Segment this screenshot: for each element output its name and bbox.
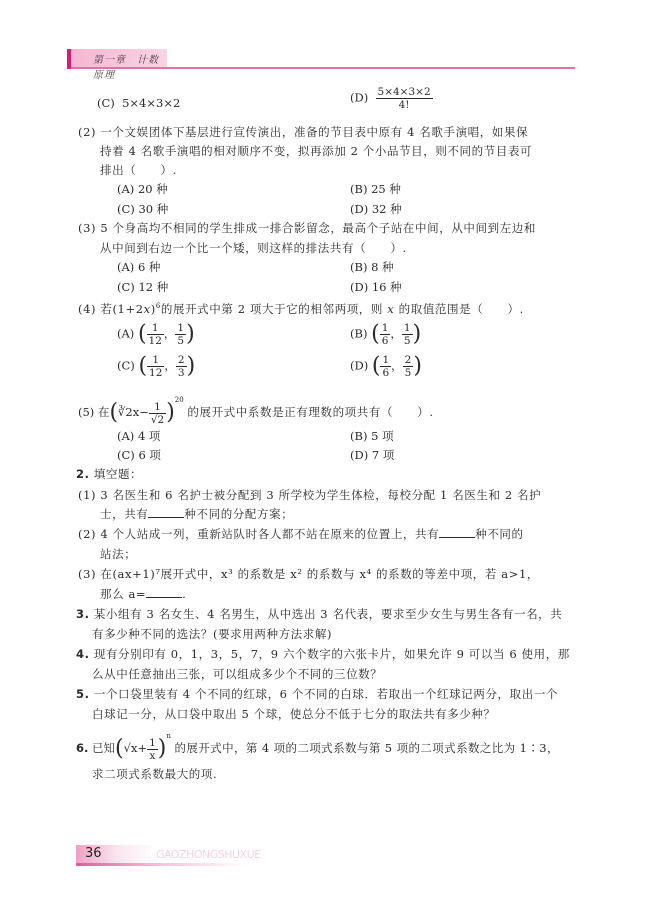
q1-3-line-1: (3) 5 个身高均不相同的学生排成一排合影留念，最高个子站在中间，从中间到左边… (78, 220, 536, 236)
option-label: (C) (117, 448, 135, 462)
question-text: 一个口袋里装有 4 个不同的红球，6 个不同的白球．若取出一个红球记两分，取出一… (94, 687, 558, 701)
page-number: 36 (85, 846, 102, 861)
denominator: 6 (380, 367, 391, 379)
answer-blank[interactable] (146, 586, 182, 598)
q2-1-line-2: 士，共有种不同的分配方案； (100, 506, 293, 522)
q1-4-line-1: (4) 若(1+2x)6的展开式中第 2 项大于它的相邻两项，则 x 的取值范围… (78, 298, 524, 317)
option-label: (D) (350, 359, 368, 373)
option-label: (D) (350, 202, 368, 216)
option-label: (C) (97, 96, 115, 110)
exponent: n (166, 732, 171, 740)
denominator: 6 (380, 335, 391, 347)
section-title: 填空题： (94, 467, 142, 481)
numerator: 1 (147, 354, 164, 367)
text: 的展开式中第 2 项大于它的相邻两项，则 (161, 302, 387, 316)
q2-2-line-2: 站法； (100, 546, 136, 562)
option-text: 20 种 (138, 182, 168, 196)
option-label: (A) (117, 327, 134, 341)
q1-1-option-c: (C) 5×4×3×2 (97, 95, 180, 111)
question-number: 3. (76, 607, 90, 621)
q5-line-1: 5. 一个口袋里装有 4 个不同的红球，6 个不同的白球．若取出一个红球记两分，… (76, 686, 558, 702)
option-text: 30 种 (138, 202, 168, 216)
header-rule (71, 67, 575, 69)
q4-line-1: 4. 现有分别印有 0，1，3，5，7，9 六个数字的六张卡片，如果允许 9 可… (76, 646, 570, 662)
q3-line-1: 3. 某小组有 3 名女生、4 名男生，从中选出 3 名代表，要求至少女生与男生… (76, 606, 562, 622)
numerator: 1 (147, 737, 158, 750)
q4-line-2: 么从中任意抽出三张，可以组成多少个不同的三位数？ (92, 666, 382, 682)
answer-blank[interactable] (439, 526, 475, 538)
option-text: 25 种 (371, 182, 401, 196)
text: 士，共有 (100, 507, 148, 521)
footer-rule (76, 863, 246, 866)
denominator: 12 (147, 335, 164, 347)
text: 已知 (92, 741, 115, 755)
q6-line-2: 求二项式系数最大的项. (92, 766, 217, 782)
numerator: 5×4×3×2 (376, 86, 433, 99)
q1-5-option-c: (C) 6 项 (117, 447, 161, 463)
option-text: 4 项 (138, 429, 160, 443)
chapter-title: 第一章 计数原理 (93, 51, 167, 81)
q5-line-2: 白球记一分，从口袋中取出 5 个球，使总分不低于七分的取法共有多少种？ (92, 706, 496, 722)
text: 种不同的分配方案； (184, 507, 293, 521)
option-text: 7 项 (372, 448, 394, 462)
sub-number: (3) (78, 221, 96, 235)
question-text: 在(ax+1)⁷展开式中，x³ 的系数是 x² 的系数与 x⁴ 的系数的等差中项… (100, 567, 539, 581)
text: 那么 a= (100, 587, 146, 601)
q2-3-line-1: (3) 在(ax+1)⁷展开式中，x³ 的系数是 x² 的系数与 x⁴ 的系数的… (78, 566, 539, 582)
q1-5-option-d: (D) 7 项 (350, 447, 394, 463)
denominator: x (147, 750, 158, 762)
question-text: 一个文娱团体下基层进行宣传演出，准备的节目表中原有 4 名歌手演唱，如果保 (100, 125, 528, 139)
q1-4-option-a: (A) (112，15) (117, 322, 195, 347)
q2-1-line-1: (1) 3 名医生和 6 名护士被分配到 3 所学校为学生体检，每校分配 1 名… (78, 487, 541, 503)
sub-number: (1) (78, 488, 96, 502)
q1-5-option-a: (A) 4 项 (117, 428, 160, 444)
chapter-header: 第一章 计数原理 (67, 49, 575, 69)
numerator: 1 (147, 322, 164, 335)
text: 的展开式中系数是正有理数的项共有（ ）. (187, 405, 433, 419)
answer-blank[interactable] (148, 506, 184, 518)
q6-line-1: 6. 已知(√x+1x)n 的展开式中，第 4 项的二项式系数与第 5 项的二项… (76, 728, 559, 762)
option-label: (D) (350, 91, 368, 105)
option-label: (A) (117, 260, 134, 274)
option-label: (D) (350, 280, 368, 294)
page-number-tab: 36 (76, 845, 156, 863)
denominator: √2 (149, 414, 166, 426)
option-text: 16 种 (372, 280, 402, 294)
option-text: 5 项 (371, 429, 393, 443)
q2-title: 2. 填空题： (76, 466, 142, 482)
option-text: 32 种 (372, 202, 402, 216)
expression: √x+ (124, 741, 147, 755)
q1-2-option-a: (A) 20 种 (117, 181, 168, 197)
question-text: 3 名医生和 6 名护士被分配到 3 所学校为学生体检，每校分配 1 名医生和 … (100, 488, 541, 502)
fraction: 5×4×3×2 4! (376, 86, 433, 111)
text: 的取值范围是（ ）. (394, 302, 524, 316)
q1-3-line-2: 从中间到右边一个比一个矮，则这样的排法共有（ ）. (100, 240, 407, 256)
denominator: 4! (376, 99, 433, 111)
question-number: 2. (76, 467, 90, 481)
q3-line-2: 有多少种不同的选法？(要求用两种方法求解) (92, 626, 332, 642)
option-label: (B) (350, 182, 367, 196)
q1-1-option-d: (D) 5×4×3×2 4! (350, 86, 433, 111)
option-label: (C) (117, 359, 135, 373)
q1-2-line-1: (2) 一个文娱团体下基层进行宣传演出，准备的节目表中原有 4 名歌手演唱，如果… (78, 124, 528, 140)
text: 4 个人站成一列，重新站队时各人都不站在原来的位置上，共有 (100, 527, 439, 541)
q1-3-option-b: (B) 8 种 (350, 259, 394, 275)
q1-5-line-1: (5) 在(∛2x−1√2)20 的展开式中系数是正有理数的项共有（ ）. (78, 392, 434, 426)
q1-2-line-2: 持着 4 名歌手演唱的相对顺序不变，拟再添加 2 个小品节目，则不同的节目表可 (100, 143, 532, 159)
question-text: 现有分别印有 0，1，3，5，7，9 六个数字的六张卡片，如果允许 9 可以当 … (94, 647, 570, 661)
option-label: (B) (350, 260, 367, 274)
q2-2-line-1: (2) 4 个人站成一列，重新站队时各人都不站在原来的位置上，共有种不同的 (78, 526, 524, 542)
option-text: 8 种 (371, 260, 393, 274)
question-number: 4. (76, 647, 90, 661)
sub-number: (4) (78, 302, 96, 316)
option-label: (B) (350, 429, 367, 443)
text: 在 (98, 405, 110, 419)
option-label: (D) (350, 448, 368, 462)
denominator: 3 (176, 367, 187, 379)
q1-4-option-d: (D) (16，25) (350, 354, 422, 379)
q1-4-option-c: (C) (112，23) (117, 354, 195, 379)
question-number: 5. (76, 687, 90, 701)
footer-brand: GAOZHONGSHUXUE (156, 848, 261, 861)
q1-3-option-c: (C) 12 种 (117, 279, 168, 295)
question-text: 5 个身高均不相同的学生排成一排合影留念，最高个子站在中间，从中间到左边和 (100, 221, 536, 235)
option-label: (C) (117, 202, 135, 216)
numerator: 1 (380, 354, 391, 367)
numerator: 1 (175, 322, 186, 335)
option-label: (A) (117, 429, 134, 443)
option-label: (B) (350, 327, 367, 341)
q1-2-option-c: (C) 30 种 (117, 201, 168, 217)
text: . (182, 587, 186, 601)
q1-2-option-b: (B) 25 种 (350, 181, 401, 197)
numerator: 2 (176, 354, 187, 367)
q2-3-line-2: 那么 a=. (100, 586, 186, 602)
denominator: 5 (402, 335, 413, 347)
q1-2-option-d: (D) 32 种 (350, 201, 402, 217)
option-text: 12 种 (138, 280, 168, 294)
sub-number: (2) (78, 527, 96, 541)
variable: x (144, 302, 151, 316)
q1-5-option-b: (B) 5 项 (350, 428, 394, 444)
text: 若(1+2 (100, 302, 143, 316)
numerator: 1 (402, 322, 413, 335)
expression: ∛2x− (118, 405, 149, 419)
question-number: 6. (76, 741, 88, 755)
denominator: 12 (147, 367, 164, 379)
q1-4-option-b: (B) (16，15) (350, 322, 421, 347)
sub-number: (2) (78, 125, 96, 139)
text: 的展开式中，第 4 项的二项式系数与第 5 项的二项式系数之比为 1∶3， (175, 741, 559, 755)
sub-number: (3) (78, 567, 96, 581)
exponent: 20 (175, 396, 184, 404)
header-tab: 第一章 计数原理 (71, 49, 167, 67)
numerator: 2 (403, 354, 414, 367)
text: 种不同的 (475, 527, 523, 541)
option-label: (C) (117, 280, 135, 294)
option-label: (A) (117, 182, 134, 196)
option-text: 6 种 (138, 260, 160, 274)
question-text: 某小组有 3 名女生、4 名男生，从中选出 3 名代表，要求至少女生与男生各有一… (94, 607, 563, 621)
option-text: 6 项 (138, 448, 160, 462)
numerator: 1 (380, 322, 391, 335)
q1-3-option-a: (A) 6 种 (117, 259, 160, 275)
denominator: 5 (403, 367, 414, 379)
option-text: 5×4×3×2 (122, 96, 180, 110)
numerator: 1 (149, 401, 166, 414)
q1-3-option-d: (D) 16 种 (350, 279, 402, 295)
q1-2-line-3: 排出（ ）. (100, 162, 177, 178)
denominator: 5 (175, 335, 186, 347)
sub-number: (5) (78, 405, 94, 419)
